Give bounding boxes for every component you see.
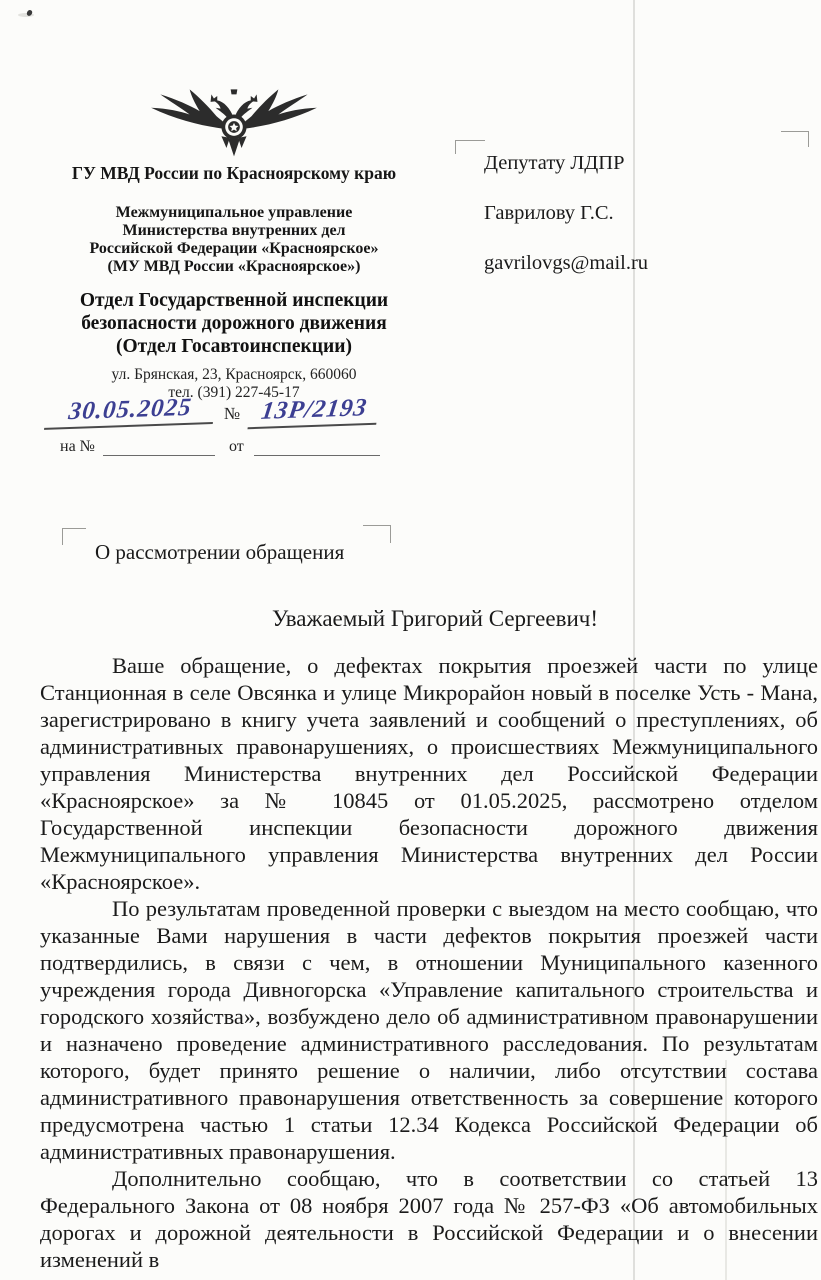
org-line: Министерства внутренних дел: [38, 222, 430, 240]
body-paragraph: Дополнительно сообщаю, что в соответстви…: [40, 1165, 818, 1273]
recipient-block: Депутату ЛДПР Гаврилову Г.С. gavrilovgs@…: [484, 152, 794, 275]
corner-mark: [363, 525, 391, 543]
dept-line: безопасности дорожного движения: [38, 312, 430, 335]
na-no-label: на №: [60, 438, 95, 456]
recipient-name: Гаврилову Г.С.: [484, 202, 794, 225]
org-line: Межмуниципальное управление: [38, 204, 430, 222]
corner-mark: [62, 528, 86, 545]
corner-mark: [455, 140, 485, 154]
recipient-position: Депутату ЛДПР: [484, 152, 794, 175]
subject-line: О рассмотрении обращения: [95, 540, 344, 565]
dept-line: Отдел Государственной инспекции: [38, 289, 430, 312]
corner-mark: [781, 131, 809, 147]
handwritten-date: 30.05.2025: [44, 393, 216, 430]
body-paragraph: По результатам проведенной проверки с вы…: [40, 895, 818, 1165]
handwritten-outgoing-number: 13Р/2193: [247, 394, 380, 429]
org-line: Российской Федерации «Красноярское»: [38, 240, 430, 258]
dept-line: (Отдел Госавтоинспекции): [38, 335, 430, 358]
department-block: Отдел Государственной инспекции безопасн…: [38, 289, 430, 358]
letter-body: Ваше обращение, о дефектах покрытия прое…: [40, 652, 818, 1273]
incoming-number-blank: [103, 439, 215, 456]
recipient-email: gavrilovgs@mail.ru: [484, 252, 794, 275]
mvd-double-headed-eagle-icon: [145, 86, 323, 158]
org-address: ул. Брянская, 23, Красноярск, 660060: [38, 366, 430, 384]
reference-row: 30.05.2025 № 13Р/2193: [46, 396, 386, 427]
scanned-letter-page: ГУ МВД России по Красноярскому краю Межм…: [0, 0, 821, 1280]
org-name-block: Межмуниципальное управление Министерства…: [38, 204, 430, 276]
org-line: (МУ МВД России «Красноярское»): [38, 258, 430, 276]
incoming-date-blank: [254, 439, 380, 456]
org-name-top: ГУ МВД России по Красноярскому краю: [38, 164, 430, 183]
incoming-reference-row: на № от: [60, 438, 390, 456]
salutation: Уважаемый Григорий Сергеевич!: [272, 606, 598, 632]
number-sign: №: [214, 404, 250, 427]
letterhead: ГУ МВД России по Красноярскому краю Межм…: [38, 86, 430, 402]
ot-label: от: [229, 438, 244, 456]
body-paragraph: Ваше обращение, о дефектах покрытия прое…: [40, 652, 818, 895]
